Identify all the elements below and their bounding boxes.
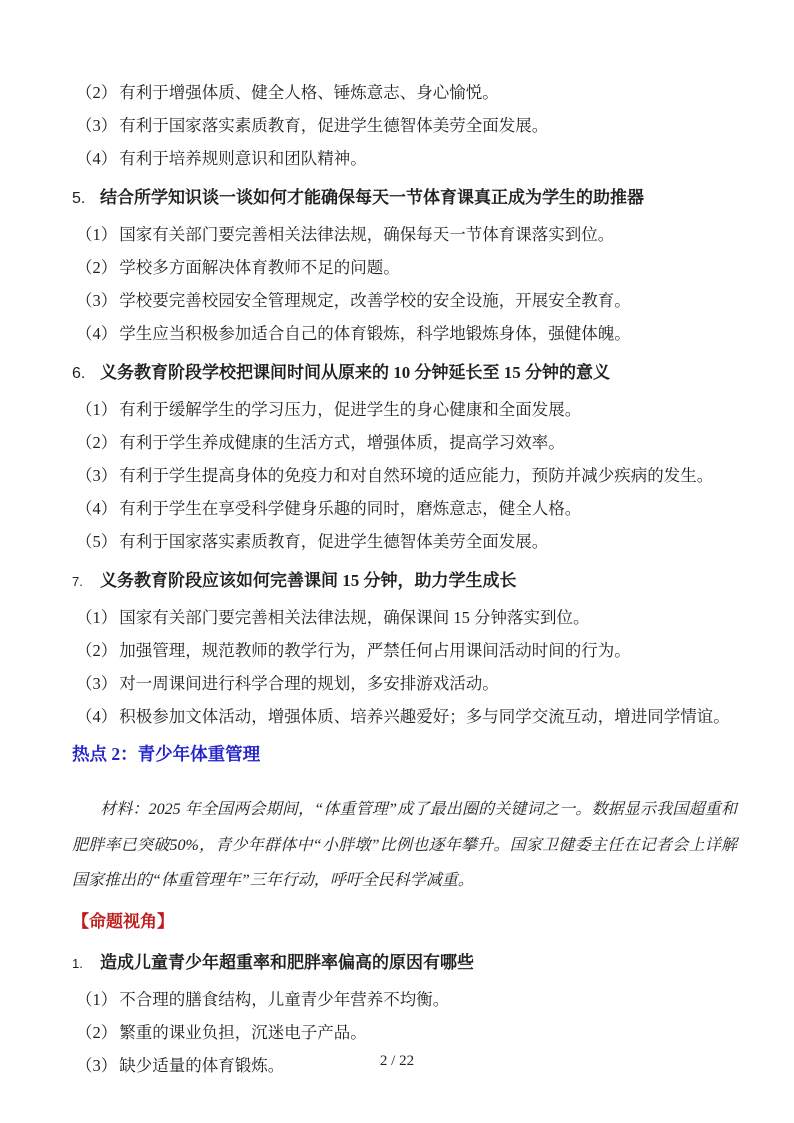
item-label: （1）: [76, 225, 117, 244]
item-text: 学生应当积极参加适合自己的体育锻炼，科学地锻炼身体，强健体魄。: [119, 324, 631, 343]
list-item: （2）有利于学生养成健康的生活方式，增强体质，提高学习效率。: [76, 434, 737, 451]
hotspot-2-heading: 热点 2：青少年体重管理: [72, 741, 737, 766]
item-label: （3）: [76, 116, 117, 135]
item-label: （1）: [76, 400, 117, 419]
document-page: （2）有利于增强体质、健全人格、锤炼意志、身心愉悦。 （3）有利于国家落实素质教…: [0, 0, 794, 1123]
question-number: 6.: [72, 365, 100, 383]
item-label: （5）: [76, 532, 117, 551]
item-text: 加强管理，规范教师的教学行为，严禁任何占用课间活动时间的行为。: [119, 641, 631, 660]
list-item: （2）有利于增强体质、健全人格、锤炼意志、身心愉悦。: [76, 84, 737, 101]
list-item: （4）积极参加文体活动，增强体质、培养兴趣爱好；多与同学交流互动，增进同学情谊。: [76, 708, 737, 725]
page-number: 2 / 22: [380, 1053, 414, 1069]
item-text: 国家有关部门要完善相关法律法规，确保每天一节体育课落实到位。: [119, 225, 614, 244]
item-label: （3）: [76, 466, 117, 485]
list-item: （3）学校要完善校园安全管理规定，改善学校的安全设施，开展安全教育。: [76, 292, 737, 309]
list-item: （4）有利于培养规则意识和团队精神。: [76, 150, 737, 167]
list-item: （4）学生应当积极参加适合自己的体育锻炼，科学地锻炼身体，强健体魄。: [76, 325, 737, 342]
question-title: 结合所学知识谈一谈如何才能确保每天一节体育课真正成为学生的助推器: [100, 183, 644, 208]
list-item: （3）对一周课间进行科学合理的规划，多安排游戏活动。: [76, 675, 737, 692]
item-text: 对一周课间进行科学合理的规划，多安排游戏活动。: [119, 674, 499, 693]
material-paragraph: 材料：2025 年全国两会期间，“体重管理”成了最出圈的关键词之一。数据显示我国…: [72, 792, 737, 899]
question-title: 造成儿童青少年超重率和肥胖率偏高的原因有哪些: [100, 948, 474, 973]
list-item: （2）加强管理，规范教师的教学行为，严禁任何占用课间活动时间的行为。: [76, 642, 737, 659]
item-label: （2）: [76, 641, 117, 660]
item-label: （4）: [76, 324, 117, 343]
page-footer: 2 / 22: [0, 1053, 794, 1070]
item-label: （1）: [76, 608, 117, 627]
item-text: 国家有关部门要完善相关法律法规，确保课间 15 分钟落实到位。: [119, 608, 589, 627]
item-text: 学校要完善校园安全管理规定，改善学校的安全设施，开展安全教育。: [119, 291, 631, 310]
item-label: （2）: [76, 1023, 117, 1042]
item-text: 有利于国家落实素质教育，促进学生德智体美劳全面发展。: [119, 532, 548, 551]
item-text: 繁重的课业负担，沉迷电子产品。: [119, 1023, 367, 1042]
item-text: 积极参加文体活动，增强体质、培养兴趣爱好；多与同学交流互动，增进同学情谊。: [119, 707, 730, 726]
list-item: （3）有利于学生提高身体的免疫力和对自然环境的适应能力，预防并减少疾病的发生。: [76, 467, 737, 484]
list-item: （2）繁重的课业负担，沉迷电子产品。: [76, 1024, 737, 1041]
item-text: 有利于国家落实素质教育，促进学生德智体美劳全面发展。: [119, 116, 548, 135]
item-text: 有利于学生养成健康的生活方式，增强体质，提高学习效率。: [119, 433, 565, 452]
item-text: 有利于增强体质、健全人格、锤炼意志、身心愉悦。: [119, 83, 499, 102]
question-7-heading: 7.义务教育阶段应该如何完善课间 15 分钟，助力学生成长: [72, 566, 737, 591]
item-label: （4）: [76, 149, 117, 168]
list-item: （3）有利于国家落实素质教育，促进学生德智体美劳全面发展。: [76, 117, 737, 134]
list-item: （1）国家有关部门要完善相关法律法规，确保每天一节体育课落实到位。: [76, 226, 737, 243]
item-text: 有利于培养规则意识和团队精神。: [119, 149, 367, 168]
item-label: （2）: [76, 433, 117, 452]
item-label: （2）: [76, 83, 117, 102]
list-item: （2）学校多方面解决体育教师不足的问题。: [76, 259, 737, 276]
item-label: （4）: [76, 499, 117, 518]
list-item: （1）有利于缓解学生的学习压力，促进学生的身心健康和全面发展。: [76, 401, 737, 418]
list-item: （1）不合理的膳食结构，儿童青少年营养不均衡。: [76, 991, 737, 1008]
question-title: 义务教育阶段应该如何完善课间 15 分钟，助力学生成长: [100, 566, 517, 591]
item-label: （4）: [76, 707, 117, 726]
item-label: （3）: [76, 674, 117, 693]
question-5-heading: 5.结合所学知识谈一谈如何才能确保每天一节体育课真正成为学生的助推器: [72, 183, 737, 208]
list-item: （1）国家有关部门要完善相关法律法规，确保课间 15 分钟落实到位。: [76, 609, 737, 626]
question-1-heading: 1.造成儿童青少年超重率和肥胖率偏高的原因有哪些: [72, 948, 737, 973]
question-title: 义务教育阶段学校把课间时间从原来的 10 分钟延长至 15 分钟的意义: [100, 358, 610, 383]
question-6-heading: 6.义务教育阶段学校把课间时间从原来的 10 分钟延长至 15 分钟的意义: [72, 358, 737, 383]
item-text: 有利于缓解学生的学习压力，促进学生的身心健康和全面发展。: [119, 400, 581, 419]
item-text: 有利于学生提高身体的免疫力和对自然环境的适应能力，预防并减少疾病的发生。: [119, 466, 713, 485]
item-label: （2）: [76, 258, 117, 277]
item-text: 不合理的膳食结构，儿童青少年营养不均衡。: [119, 990, 449, 1009]
list-item: （4）有利于学生在享受科学健身乐趣的同时，磨炼意志，健全人格。: [76, 500, 737, 517]
item-text: 学校多方面解决体育教师不足的问题。: [119, 258, 400, 277]
item-label: （1）: [76, 990, 117, 1009]
list-item: （5）有利于国家落实素质教育，促进学生德智体美劳全面发展。: [76, 533, 737, 550]
perspective-heading: 【命题视角】: [72, 907, 737, 932]
question-number: 7.: [72, 574, 100, 589]
item-text: 有利于学生在享受科学健身乐趣的同时，磨炼意志，健全人格。: [119, 499, 581, 518]
item-label: （3）: [76, 291, 117, 310]
question-number: 1.: [72, 956, 100, 971]
question-number: 5.: [72, 190, 100, 208]
